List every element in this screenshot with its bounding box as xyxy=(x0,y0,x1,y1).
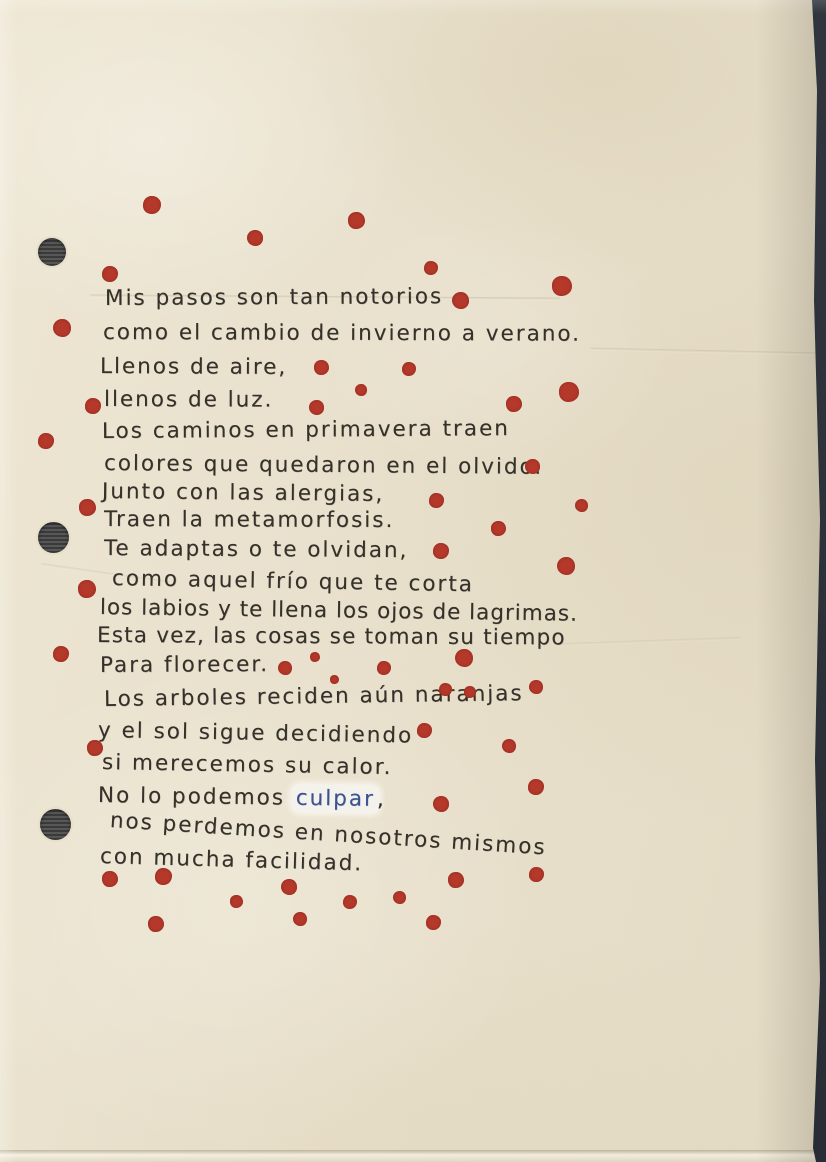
poem-line: y el sol sigue decidiendo xyxy=(98,718,414,748)
red-marker-dot xyxy=(143,196,161,214)
poem-line: Esta vez, las cosas se toman su tiempo xyxy=(97,623,566,650)
poem-line-suffix: , xyxy=(377,787,386,812)
red-marker-dot xyxy=(355,384,367,396)
red-marker-dot xyxy=(343,895,357,909)
red-marker-dot xyxy=(426,915,441,930)
poem-line: llenos de luz. xyxy=(104,387,274,413)
red-marker-dot xyxy=(455,649,473,667)
red-marker-dot xyxy=(348,212,365,229)
poem-line: colores que quedaron en el olvido. xyxy=(104,451,543,480)
red-marker-dot xyxy=(148,916,164,932)
red-marker-dot xyxy=(330,675,339,684)
red-marker-dot xyxy=(528,779,544,795)
photo-background: { "scene": { "description_label": "Handw… xyxy=(0,0,826,1162)
poem-line: Los caminos en primavera traen xyxy=(102,416,510,444)
red-marker-dot xyxy=(79,499,96,516)
red-marker-dot xyxy=(433,796,449,812)
poem-line: Traen la metamorfosis. xyxy=(104,507,394,533)
red-marker-dot xyxy=(278,661,292,675)
red-marker-dot xyxy=(452,292,469,309)
red-marker-dot xyxy=(102,871,118,887)
red-marker-dot xyxy=(559,382,579,402)
red-marker-dot xyxy=(281,879,297,895)
paper-bottom-fold xyxy=(0,1150,826,1162)
red-marker-dot xyxy=(53,646,69,662)
poem-line: Te adaptas o te olvidan, xyxy=(104,536,409,563)
red-marker-dot xyxy=(417,723,432,738)
red-marker-dot xyxy=(525,459,540,474)
hole-punch xyxy=(40,809,71,840)
red-marker-dot xyxy=(38,433,54,449)
red-marker-dot xyxy=(502,739,516,753)
red-marker-dot xyxy=(293,912,307,926)
paper-sheet: Mis pasos son tan notorios como el cambi… xyxy=(0,0,826,1162)
red-marker-dot xyxy=(87,740,103,756)
poem-line: Los arboles reciden aún naranjas xyxy=(104,681,524,712)
red-marker-dot xyxy=(314,360,329,375)
red-marker-dot xyxy=(102,266,118,282)
red-marker-dot xyxy=(491,521,506,536)
red-marker-dot xyxy=(85,398,101,414)
red-marker-dot xyxy=(402,362,416,376)
corrected-word: culpar xyxy=(296,786,375,812)
red-marker-dot xyxy=(310,652,320,662)
red-marker-dot xyxy=(464,686,476,698)
poem-line: como aquel frío que te corta xyxy=(112,566,474,597)
red-marker-dot xyxy=(429,493,444,508)
poem-line-corrected: No lo podemos culpar, xyxy=(98,782,386,813)
red-marker-dot xyxy=(557,557,575,575)
red-marker-dot xyxy=(439,683,452,696)
red-marker-dot xyxy=(433,543,449,559)
poem-line: con mucha facilidad. xyxy=(100,844,364,876)
red-marker-dot xyxy=(552,276,572,296)
hole-punch xyxy=(38,522,69,553)
red-marker-dot xyxy=(78,580,96,598)
poem-line: Para florecer. xyxy=(100,652,269,678)
red-marker-dot xyxy=(53,319,71,337)
red-marker-dot xyxy=(155,868,172,885)
red-marker-dot xyxy=(377,661,391,675)
red-marker-dot xyxy=(393,891,406,904)
hole-punch xyxy=(38,238,66,266)
poem-line: Junto con las alergias, xyxy=(102,479,385,507)
red-marker-dot xyxy=(506,396,522,412)
red-marker-dot xyxy=(448,872,464,888)
poem-line: como el cambio de invierno a verano. xyxy=(103,320,581,347)
poem-line-prefix: No lo podemos xyxy=(98,783,294,811)
poem-line: los labios y te llena los ojos de lagrim… xyxy=(100,595,578,627)
correction-fluid-patch: culpar xyxy=(292,785,379,813)
red-marker-dot xyxy=(529,867,544,882)
red-marker-dot xyxy=(230,895,243,908)
poem-line: si merecemos su calor. xyxy=(102,750,393,780)
poem-line: Llenos de aire, xyxy=(100,354,287,380)
red-marker-dot xyxy=(424,261,438,275)
red-marker-dot xyxy=(309,400,324,415)
red-marker-dot xyxy=(247,230,263,246)
red-marker-dot xyxy=(529,680,543,694)
red-marker-dot xyxy=(575,499,588,512)
poem-line: Mis pasos son tan notorios xyxy=(105,284,443,311)
